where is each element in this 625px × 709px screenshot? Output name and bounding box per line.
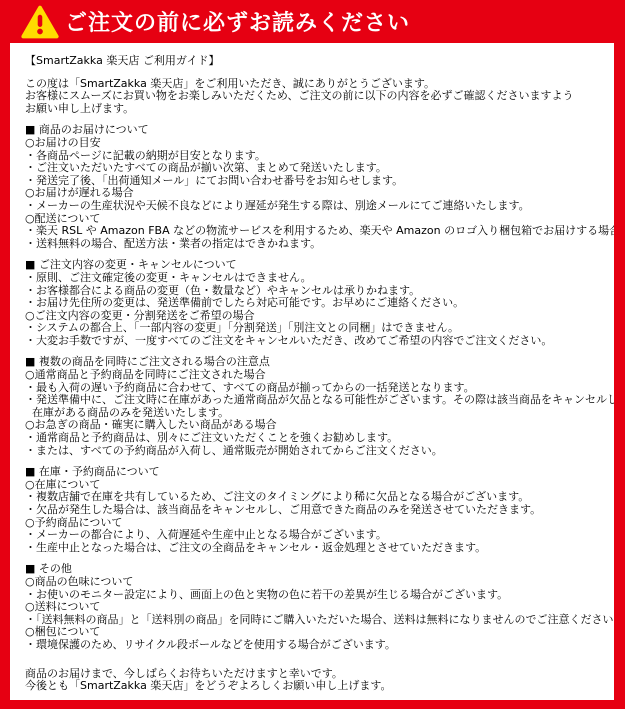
notice-page: ご注文の前に必ずお読みください 【SmartZakka 楽天店 ご利用ガイド】 …	[0, 0, 625, 709]
text-line: ○お届けの目安	[25, 137, 600, 150]
section: ■ その他○商品の色味について・お使いのモニター設定により、画面上の色と実物の色…	[25, 563, 600, 651]
text-line: ・欠品が発生した場合は、該当商品をキャンセルし、ご用意できた商品のみを発送させて…	[25, 504, 600, 517]
text-line: ・メーカーの生産状況や天候不良などにより遅延が発生する際は、別途メールにてご連絡…	[25, 200, 600, 213]
guide-title: 【SmartZakka 楽天店 ご利用ガイド】	[25, 55, 600, 68]
sections: ■ 商品のお届けについて○お届けの目安・各商品ページに記載の納期が目安となります…	[25, 124, 600, 651]
text-line: ○商品の色味について	[25, 576, 600, 589]
section-heading: ■ 商品のお届けについて	[25, 124, 600, 137]
text-line: ・システムの都合上、「一部内容の変更」「分割発送」「別注文との同梱」はできません…	[25, 322, 600, 335]
text-line: ○送料について	[25, 601, 600, 614]
text-line: ・原則、ご注文確定後の変更・キャンセルはできません。	[25, 272, 600, 285]
notice-body: 【SmartZakka 楽天店 ご利用ガイド】 この度は「SmartZakka …	[10, 43, 614, 700]
text-line: ・楽天 RSL や Amazon FBA などの物流サービスを利用するため、楽天…	[25, 225, 600, 238]
section: ■ 商品のお届けについて○お届けの目安・各商品ページに記載の納期が目安となります…	[25, 124, 600, 250]
text-line: ・または、すべての予約商品が入荷し、通常販売が開始されてからご注文ください。	[25, 445, 600, 458]
warning-triangle-icon	[21, 4, 59, 40]
text-line: お願い申し上げます。	[25, 103, 600, 116]
page-title: ご注文の前に必ずお読みください	[65, 6, 410, 37]
section: ■ ご注文内容の変更・キャンセルについて・原則、ご注文確定後の変更・キャンセルは…	[25, 259, 600, 347]
text-line: ・生産中止となった場合は、ご注文の全商品をキャンセル・返金処理とさせていただきま…	[25, 542, 600, 555]
text-line: ○通常商品と予約商品を同時にご注文された場合	[25, 369, 600, 382]
text-line: ・お届け先住所の変更は、発送準備前でしたら対応可能です。お早めにご連絡ください。	[25, 297, 600, 310]
text-line: お客様にスムーズにお買い物をお楽しみいただくため、ご注文の前に以下の内容を必ずご…	[25, 90, 600, 103]
intro-paragraph: この度は「SmartZakka 楽天店」をご利用いただき、誠にありがとうございま…	[25, 78, 600, 116]
text-line: ・ご注文いただいたすべての商品が揃い次第、まとめて発送いたします。	[25, 162, 600, 175]
text-line: ・送料無料の場合、配送方法・業者の指定はできかねます。	[25, 238, 600, 251]
header-banner: ご注文の前に必ずお読みください	[0, 0, 625, 43]
text-line: ・「送料無料の商品」と「送料別の商品」を同時にご購入いただいた場合、送料は無料に…	[25, 614, 600, 627]
section: ■ 在庫・予約商品について○在庫について・複数店舗で在庫を共有しているため、ご注…	[25, 466, 600, 554]
text-line: ・通常商品と予約商品は、別々にご注文いただくことを強くお勧めします。	[25, 432, 600, 445]
text-line: 今後とも「SmartZakka 楽天店」をどうぞよろしくお願い申し上げます。	[25, 680, 600, 693]
section: ■ 複数の商品を同時にご注文される場合の注意点○通常商品と予約商品を同時にご注文…	[25, 356, 600, 457]
closing-paragraph: 商品のお届けまで、今しばらくお待ちいただけますと幸いです。今後とも「SmartZ…	[25, 668, 600, 693]
section-heading: ■ 在庫・予約商品について	[25, 466, 600, 479]
text-line: ・お使いのモニター設定により、画面上の色と実物の色に若干の差異が生じる場合がござ…	[25, 589, 600, 602]
text-line: ・環境保護のため、リサイクル段ボールなどを使用する場合がございます。	[25, 639, 600, 652]
text-line: ・メーカーの都合により、入荷遅延や生産中止となる場合がございます。	[25, 529, 600, 542]
text-line: ・発送準備中に、ご注文時に在庫があった通常商品が欠品となる可能性がございます。そ…	[25, 394, 600, 407]
text-line: ・大変お手数ですが、一度すべてのご注文をキャンセルいただき、改めてご希望の内容で…	[25, 335, 600, 348]
